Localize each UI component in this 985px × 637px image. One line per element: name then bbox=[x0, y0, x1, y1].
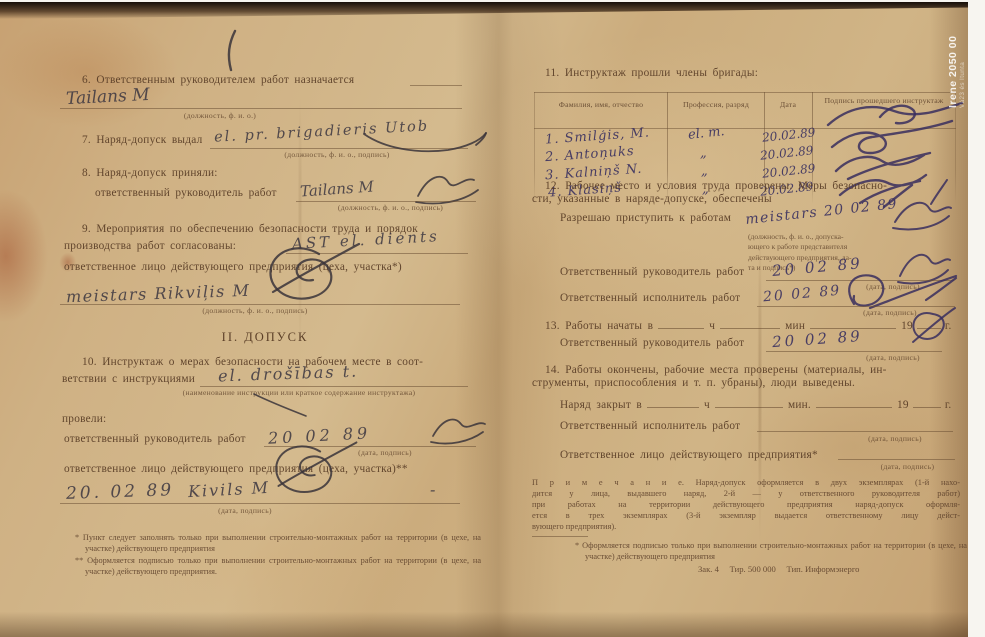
fill-line bbox=[200, 386, 468, 387]
watermark-line2: Vá23 és Itunta bbox=[959, 36, 966, 108]
fill-line bbox=[60, 304, 460, 305]
handwriting-flourish bbox=[250, 390, 310, 420]
item10-caption3: (дата, подпись) bbox=[185, 506, 305, 515]
blank-field bbox=[816, 398, 892, 408]
item13-pre: 13. Работы начаты в bbox=[545, 320, 653, 332]
signature bbox=[360, 118, 490, 163]
table-border-top bbox=[534, 92, 956, 93]
item11-label: 11. Инструктаж прошли члены бригады: bbox=[545, 67, 758, 79]
item14-closed-line: Наряд закрыт вчмин.19г. bbox=[560, 398, 952, 411]
watermark: Irene 2050 00 Vá23 és Itunta bbox=[947, 36, 966, 108]
item12-line1: 12. Рабочее место и условия труда провер… bbox=[545, 180, 887, 192]
date-sign-caption: (дата, подпись) bbox=[838, 353, 948, 362]
blank-field bbox=[913, 398, 941, 408]
watermark-line1: Irene 2050 00 bbox=[947, 36, 959, 108]
item14-line1: 14. Работы окончены, рабочие места прове… bbox=[545, 364, 887, 376]
item13-resp-label: Ответственный руководитель работ bbox=[560, 337, 744, 349]
item14-h: ч bbox=[704, 399, 710, 411]
proveli-label: провели: bbox=[62, 413, 106, 425]
footnote: * Оформляется подписью только при выполн… bbox=[575, 541, 967, 563]
table-border-left bbox=[534, 92, 535, 204]
item9-line2: производства работ согласованы: bbox=[64, 240, 236, 252]
item9-caption: (должность, ф. и. о., подпись) bbox=[150, 306, 360, 315]
print-imprint: Зак. 4 Тир. 500 000 Тип. Информэнерго bbox=[698, 564, 859, 574]
signature bbox=[903, 306, 958, 346]
item8-label: 8. Наряд-допуск приняли: bbox=[82, 167, 218, 179]
note-line: при работах на территории действующего п… bbox=[532, 500, 960, 511]
footnote-divider bbox=[532, 536, 588, 537]
table-row-profession: „ bbox=[701, 164, 708, 179]
blank-line bbox=[410, 85, 462, 86]
fill-line bbox=[296, 201, 476, 202]
section-ii-heading: II. ДОПУСК bbox=[60, 330, 470, 345]
item14-g: г. bbox=[945, 399, 952, 411]
resp-executor-label: Ответственный исполнитель работ bbox=[560, 292, 740, 304]
date-sign-caption: (дата, подпись) bbox=[855, 462, 960, 471]
note-line: вующего предприятия). bbox=[532, 522, 960, 533]
item13-line: 13. Работы начаты вчмин19г. bbox=[545, 319, 952, 332]
right-footnotes: * Оформляется подписью только при выполн… bbox=[575, 541, 967, 564]
signature bbox=[425, 410, 490, 448]
table-header-profession: Профессия, разряд bbox=[669, 100, 763, 110]
pen-mark bbox=[222, 28, 240, 73]
item14-year: 19 bbox=[897, 399, 909, 411]
footnote: ** Оформляется подписью только при выпол… bbox=[75, 556, 481, 578]
fill-line bbox=[60, 108, 462, 109]
blank-field bbox=[658, 319, 704, 329]
item14-min: мин. bbox=[788, 399, 811, 411]
fill-line bbox=[838, 459, 955, 460]
item14-executor-label: Ответственный исполнитель работ bbox=[560, 420, 740, 432]
note-line: ется в трех экземплярах (3-й экземпляр в… bbox=[532, 511, 960, 522]
note-line: дится у лица, выдавшего наряд, 2-й — у о… bbox=[532, 489, 960, 500]
item14-line2: струменты, приспособления и т. п. убраны… bbox=[532, 377, 855, 389]
table-row-profession: „ bbox=[700, 146, 707, 161]
fill-line bbox=[60, 503, 460, 504]
blank-field bbox=[715, 398, 783, 408]
fill-line bbox=[757, 431, 953, 432]
resp-manager-label: Ответственный руководитель работ bbox=[560, 266, 744, 278]
handwritten-dash: - bbox=[430, 480, 435, 499]
item6-caption: (должность, ф. и. о.) bbox=[120, 111, 320, 120]
item8-line-label: ответственный руководитель работ bbox=[95, 187, 277, 199]
item10-line2: ветствии с инструкциями bbox=[62, 373, 195, 385]
item14-person-label: Ответственное лицо действующего предприя… bbox=[560, 449, 818, 461]
scanned-work-permit-photo: 6. Ответственным руководителем работ наз… bbox=[0, 0, 985, 637]
signature-large bbox=[255, 238, 365, 313]
item12-line2: сти, указанные в наряде-допуске, обеспеч… bbox=[532, 193, 772, 205]
footnote: * Пункт следует заполнять только при вып… bbox=[75, 533, 481, 555]
note-paragraph: П р и м е ч а н и е. Наряд-допуск оформл… bbox=[532, 478, 960, 533]
signature bbox=[885, 178, 955, 236]
left-footnotes: * Пункт следует заполнять только при вып… bbox=[75, 533, 481, 579]
date-sign-caption: (дата, подпись) bbox=[840, 434, 950, 443]
item10-handwriting-date2: 20. 02 89 bbox=[66, 480, 175, 504]
item14-pre: Наряд закрыт в bbox=[560, 399, 642, 411]
blank-field bbox=[647, 398, 699, 408]
item8-caption: (должность, ф. и. о., подпись) bbox=[298, 203, 483, 212]
table-header-name: Фамилия, имя, отчество bbox=[536, 100, 666, 110]
item7-label: 7. Наряд-допуск выдал bbox=[82, 134, 203, 146]
table-header-date: Дата bbox=[765, 100, 811, 110]
signature-large bbox=[262, 437, 362, 505]
item6-label: 6. Ответственным руководителем работ наз… bbox=[82, 74, 354, 86]
blank-field bbox=[720, 319, 780, 329]
fill-line bbox=[766, 351, 942, 352]
item13-h: ч bbox=[709, 320, 715, 332]
permit-label: Разрешаю приступить к работам bbox=[560, 212, 731, 224]
item10-line3: ответственный руководитель работ bbox=[64, 433, 246, 445]
note-line: П р и м е ч а н и е. Наряд-допуск оформл… bbox=[532, 478, 960, 489]
